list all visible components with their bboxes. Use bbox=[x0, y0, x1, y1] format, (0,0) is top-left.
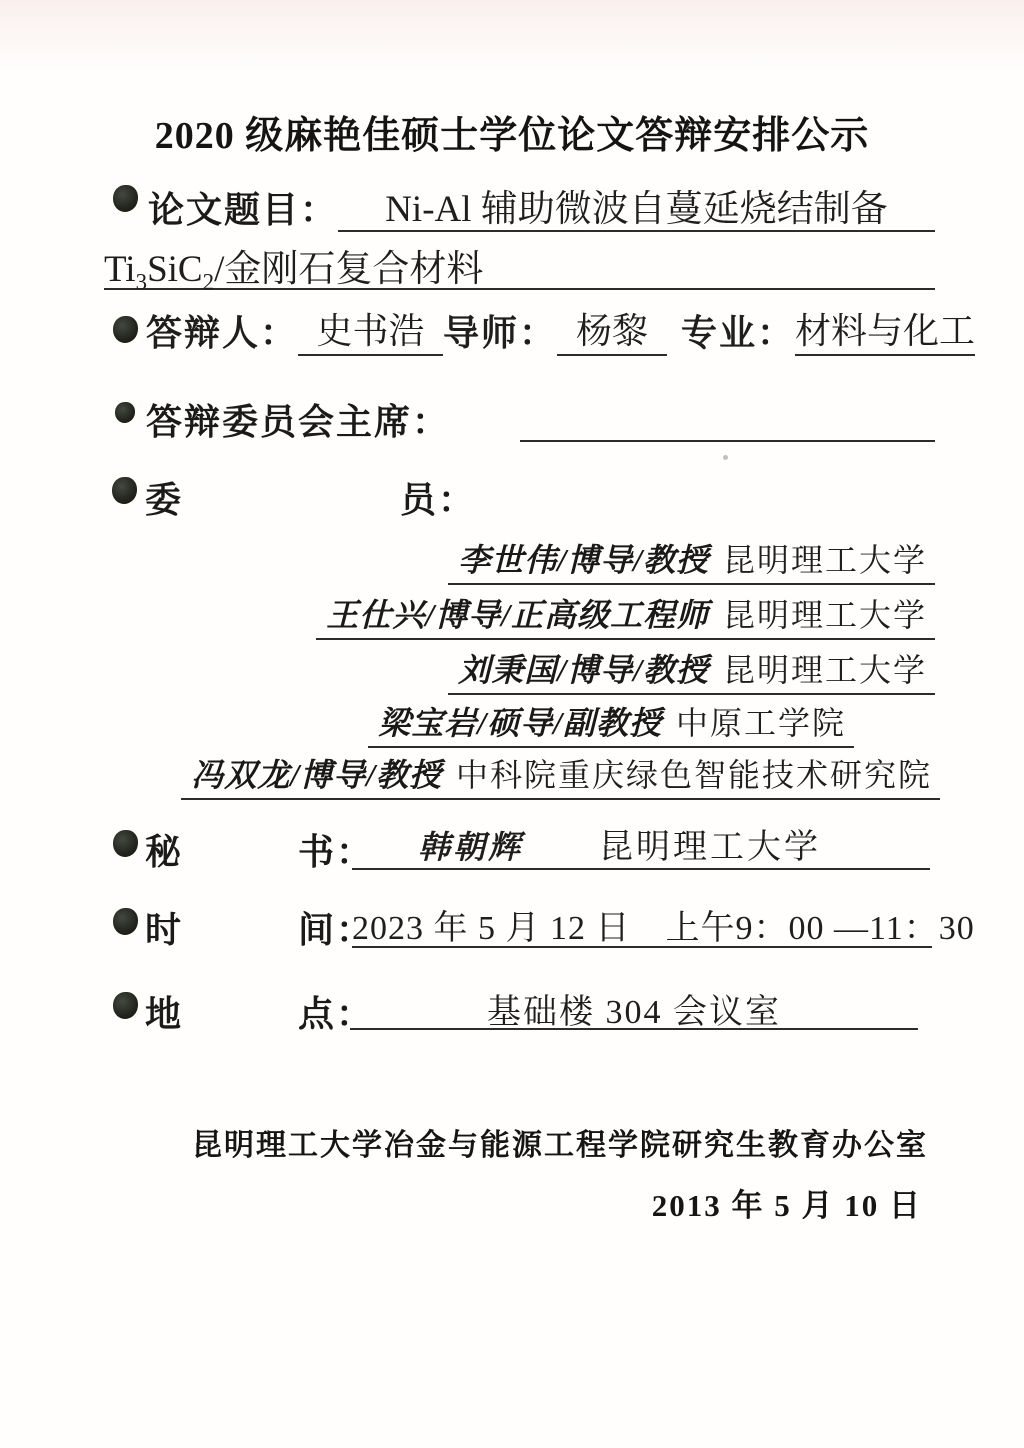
member-affiliation: 中科院重庆绿色智能技术研究院 bbox=[456, 750, 932, 796]
bullet-icon bbox=[112, 477, 137, 504]
thesis-title-label: 论文题目： bbox=[148, 182, 338, 233]
committee-member-row: 刘秉国/博导/教授 昆明理工大学 bbox=[448, 649, 935, 695]
formula-text: Ti bbox=[104, 249, 136, 290]
defender-row: 答辩人： 史书浩 导师： 杨黎 专业： 材料与化工 bbox=[146, 308, 935, 356]
bullet-icon bbox=[113, 908, 138, 935]
scan-artifact-top-tint bbox=[0, 0, 1024, 80]
time-value: 2023 年 5 月 12 日 上午9：00 —11：30 bbox=[352, 900, 932, 948]
chair-label: 答辩委员会主席： bbox=[146, 394, 450, 445]
committee-member-row: 李世伟/博导/教授 昆明理工大学 bbox=[448, 539, 935, 585]
major-label: 专业： bbox=[681, 305, 795, 356]
formula-subscript: 2 bbox=[203, 269, 214, 294]
member-affiliation: 昆明理工大学 bbox=[723, 535, 927, 581]
bullet-icon bbox=[115, 402, 135, 423]
secretary-label-left: 秘 bbox=[145, 824, 183, 875]
thesis-title-line1: Ni-Al 辅助微波自蔓延烧结制备 bbox=[338, 178, 935, 232]
bullet-icon bbox=[113, 185, 138, 212]
member-name-title: 冯双龙/博导/教授 bbox=[191, 750, 442, 796]
bullet-icon bbox=[113, 830, 138, 857]
bullet-icon bbox=[113, 992, 138, 1019]
member-affiliation: 昆明理工大学 bbox=[723, 590, 927, 636]
member-affiliation: 昆明理工大学 bbox=[723, 645, 927, 691]
chair-blank-line bbox=[520, 396, 935, 442]
bullet-icon bbox=[113, 316, 138, 343]
committee-member-row: 梁宝岩/硕导/副教授 中原工学院 bbox=[368, 702, 854, 748]
member-name-title: 刘秉国/博导/教授 bbox=[458, 645, 709, 691]
location-value: 基础楼 304 会议室 bbox=[350, 984, 918, 1030]
scan-artifact-speck bbox=[723, 455, 728, 460]
secretary-name: 韩朝辉 bbox=[418, 822, 523, 868]
secretary-affiliation: 昆明理工大学 bbox=[599, 819, 821, 868]
defender-label: 答辩人： bbox=[146, 305, 298, 356]
member-affiliation: 中原工学院 bbox=[676, 698, 846, 744]
committee-label-right: 员： bbox=[400, 472, 476, 523]
member-name-title: 李世伟/博导/教授 bbox=[458, 535, 709, 581]
committee-member-row: 冯双龙/博导/教授 中科院重庆绿色智能技术研究院 bbox=[181, 754, 940, 800]
advisor-label: 导师： bbox=[443, 305, 557, 356]
major-value: 材料与化工 bbox=[795, 303, 975, 356]
secretary-line: 韩朝辉 昆明理工大学 bbox=[352, 822, 930, 870]
advisor-name: 杨黎 bbox=[557, 303, 667, 356]
committee-label-left: 委 bbox=[145, 472, 183, 523]
thesis-title-line2-text: /金刚石复合材料 bbox=[214, 249, 483, 290]
member-name-title: 王仕兴/博导/正高级工程师 bbox=[326, 590, 709, 636]
issue-date: 2013 年 5 月 10 日 bbox=[652, 1180, 922, 1225]
page-title: 2020 级麻艳佳硕士学位论文答辩安排公示 bbox=[60, 104, 964, 159]
committee-member-row: 王仕兴/博导/正高级工程师 昆明理工大学 bbox=[316, 594, 935, 640]
defender-name: 史书浩 bbox=[298, 303, 443, 356]
scanned-defense-announcement: 2020 级麻艳佳硕士学位论文答辩安排公示 论文题目： Ni-Al 辅助微波自蔓… bbox=[0, 0, 1024, 1448]
thesis-title-line2: Ti3SiC2/金刚石复合材料 bbox=[104, 238, 935, 290]
time-label-left: 时 bbox=[145, 902, 183, 953]
issuing-office: 昆明理工大学冶金与能源工程学院研究生教育办公室 bbox=[105, 1120, 935, 1164]
formula-text: SiC bbox=[147, 249, 203, 290]
location-label-left: 地 bbox=[145, 986, 183, 1037]
formula-subscript: 3 bbox=[136, 269, 147, 294]
member-name-title: 梁宝岩/硕导/副教授 bbox=[378, 698, 662, 744]
